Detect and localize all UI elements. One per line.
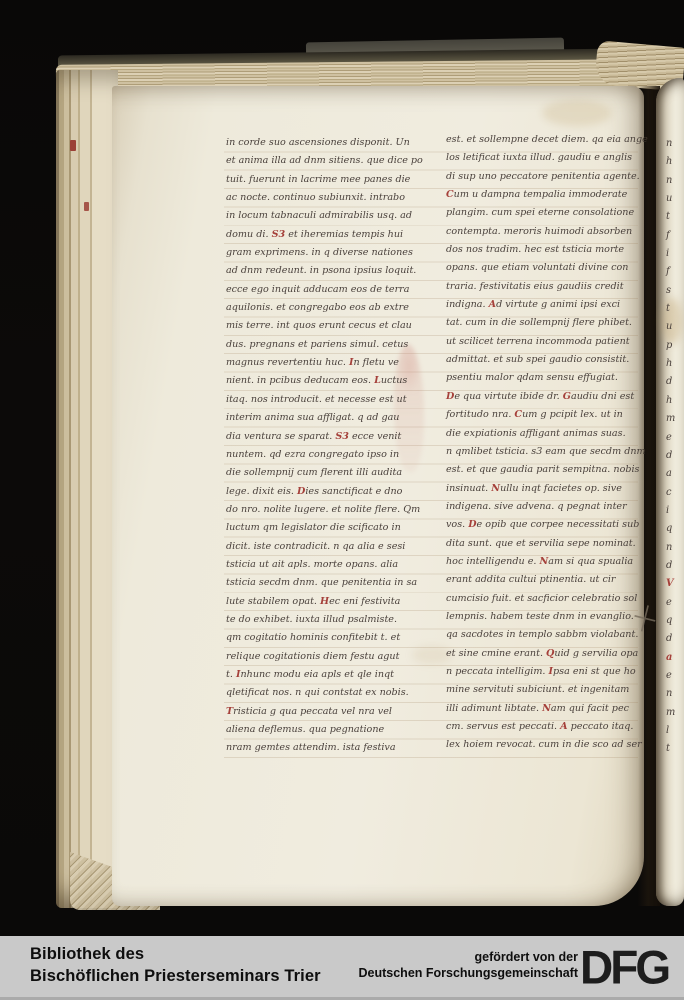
manuscript-text-line: vos. De opib que corpee necessitati sub: [446, 516, 650, 534]
manuscript-text-line: do nro. nolite lugere. et nolite flere. …: [226, 501, 430, 519]
verso-page: in corde suo ascensiones disponit. Unet …: [112, 86, 644, 906]
manuscript-text-line: dicit. iste contradicit. n qa alia e ses…: [226, 538, 430, 556]
manuscript-text-line: h: [666, 355, 684, 373]
manuscript-text-line: plangim. cum spei eterne consolatione: [446, 204, 650, 222]
manuscript-text-line: h: [666, 153, 684, 171]
funding-credit-line2: Deutschen Forschungsgemeinschaft: [359, 965, 579, 981]
manuscript-text-line: luctum qm legislator die scificato in: [226, 519, 430, 537]
manuscript-text-line: indigna. Ad virtute g animi ipsi exci: [446, 296, 650, 314]
manuscript-text-line: qletificat nos. n qui contstat ex nobis.: [226, 684, 430, 702]
manuscript-text-line: d: [666, 447, 684, 465]
manuscript-text-line: erant addita cultui ptinentia. ut cir: [446, 571, 650, 589]
manuscript-text-line: e: [666, 594, 684, 612]
manuscript-text-line: i: [666, 502, 684, 520]
manuscript-text-line: ut scilicet terrena incommoda patient: [446, 333, 650, 351]
manuscript-text-line: m: [666, 410, 684, 428]
manuscript-text-line: dus. pregnans et pariens simul. cetus: [226, 336, 430, 354]
manuscript-text-line: Cum u dampna tempalia immoderate: [446, 186, 650, 204]
manuscript-text-line: cumcisio fuit. et sacficior celebratio s…: [446, 590, 650, 608]
manuscript-text-line: die sollempnij cum flerent illi audita: [226, 464, 430, 482]
parchment-stain: [542, 100, 612, 126]
manuscript-text-line: est. et que gaudia parit sempitna. nobis: [446, 461, 650, 479]
manuscript-text-line: u: [666, 190, 684, 208]
manuscript-text-line: tuit. fuerunt in lacrime mee panes die: [226, 171, 430, 189]
manuscript-text-line: s: [666, 282, 684, 300]
library-name-line2: Bischöflichen Priesterseminars Trier: [30, 965, 321, 987]
manuscript-text-line: itaq. nos introducit. et necesse est ut: [226, 391, 430, 409]
manuscript-text-line: i: [666, 245, 684, 263]
manuscript-text-line: q: [666, 612, 684, 630]
manuscript-text-line: hoc intelligendu e. Nam si qua spualia: [446, 553, 650, 571]
manuscript-text-line: a: [666, 465, 684, 483]
manuscript-text-line: e: [666, 667, 684, 685]
manuscript-text-line: dia ventura se sparat. S3 ecce venit: [226, 428, 430, 446]
manuscript-text-line: lempnis. habem teste dnm in evanglio.: [446, 608, 650, 626]
footer-banner: Bibliothek des Bischöflichen Priestersem…: [0, 936, 684, 1000]
manuscript-text-line: lute stabilem opat. Hec eni festivita: [226, 593, 430, 611]
manuscript-text-line: l: [666, 722, 684, 740]
text-column-left: in corde suo ascensiones disponit. Unet …: [226, 134, 430, 758]
manuscript-text-line: m: [666, 704, 684, 722]
manuscript-text-line: aliena deflemus. qua pegnatione: [226, 721, 430, 739]
manuscript-text-line: nuntem. qd ezra congregato ipso in: [226, 446, 430, 464]
manuscript-text-line: admittat. et sub spei gaudio consistit.: [446, 351, 650, 369]
manuscript-text-line: n: [666, 685, 684, 703]
manuscript-text-line: q: [666, 520, 684, 538]
manuscript-text-line: tsticia ut ait apls. morte opans. alia: [226, 556, 430, 574]
manuscript-text-line: mis terre. int quos erunt cecus et clau: [226, 317, 430, 335]
manuscript-text-line: n qmlibet tsticia. s3 eam que secdm dnm: [446, 443, 650, 461]
manuscript-text-line: tat. cum in die sollempnij flere phibet.: [446, 314, 650, 332]
manuscript-text-line: f: [666, 227, 684, 245]
manuscript-text-line: los letificat iuxta illud. gaudiu e angl…: [446, 149, 650, 167]
manuscript-text-line: h: [666, 392, 684, 410]
page-edge-stack: [56, 70, 118, 908]
dfg-logo: DFG: [580, 939, 676, 994]
manuscript-text-line: in corde suo ascensiones disponit. Un: [226, 134, 430, 152]
manuscript-text-line: t: [666, 300, 684, 318]
manuscript-text-line: in locum tabnaculi admirabilis usq. ad: [226, 207, 430, 225]
manuscript-text-line: die expiationis affligant animas suas.: [446, 425, 650, 443]
edge-bookmark-mark: [70, 140, 76, 151]
manuscript-text-line: f: [666, 263, 684, 281]
manuscript-photo: in corde suo ascensiones disponit. Unet …: [0, 0, 684, 1000]
manuscript-text-line: t. Inhunc modu eia apls et qle inqt: [226, 666, 430, 684]
funding-credit-line1: gefördert von der: [359, 949, 579, 965]
manuscript-text-line: magnus revertentiu huc. In fletu ve: [226, 354, 430, 372]
manuscript-text-line: d: [666, 557, 684, 575]
manuscript-text-line: indigena. sive advena. q pegnat inter: [446, 498, 650, 516]
manuscript-text-line: dos nos tradim. hec est tsticia morte: [446, 241, 650, 259]
manuscript-text-line: qa sacdotes in templo sabbm violabant.: [446, 626, 650, 644]
manuscript-text-line: illi adimunt libtate. Nam qui facit pec: [446, 700, 650, 718]
manuscript-text-line: domu di. S3 et iheremias tempis hui: [226, 226, 430, 244]
manuscript-text-line: ecce ego inquit adducam eos de terra: [226, 281, 430, 299]
facing-page-text-fragments: nhnutfifstuphdhmedaciqndVeqdaenmlt: [666, 135, 684, 759]
facing-page-sliver: nhnutfifstuphdhmedaciqndVeqdaenmlt: [656, 78, 684, 906]
manuscript-text-line: et sine cmine erant. Quid g servilia opa: [446, 645, 650, 663]
manuscript-text-line: t: [666, 208, 684, 226]
funding-credit: gefördert von der Deutschen Forschungsge…: [359, 949, 579, 981]
manuscript-text-line: mine servituti subiciunt. et ingenitam: [446, 681, 650, 699]
manuscript-text-line: e: [666, 429, 684, 447]
manuscript-text-line: n: [666, 172, 684, 190]
manuscript-text-line: d: [666, 373, 684, 391]
manuscript-text-line: t: [666, 740, 684, 758]
manuscript-text-line: di sup uno peccatore penitentia agente.: [446, 168, 650, 186]
manuscript-text-line: insinuat. Nullu inqt facietes op. sive: [446, 480, 650, 498]
manuscript-text-line: n peccata intelligim. Ipsa eni st que ho: [446, 663, 650, 681]
manuscript-text-line: te do exhibet. iuxta illud psalmiste.: [226, 611, 430, 629]
manuscript-text-line: dita sunt. que et servilia sepe nominat.: [446, 535, 650, 553]
manuscript-text-line: Tristicia g qua peccata vel nra vel: [226, 703, 430, 721]
manuscript-text-line: traria. festivitatis eius gaudiis credit: [446, 278, 650, 296]
manuscript-text-line: V: [666, 575, 684, 593]
manuscript-text-line: a: [666, 649, 684, 667]
manuscript-text-line: lex hoiem revocat. cum in die sco ad ser: [446, 736, 650, 754]
manuscript-text-line: p: [666, 337, 684, 355]
library-name-line1: Bibliothek des: [30, 943, 321, 965]
manuscript-text-line: qm cogitatio hominis confitebit t. et: [226, 629, 430, 647]
manuscript-text-line: contempta. meroris huimodi absorben: [446, 223, 650, 241]
manuscript-text-line: cm. servus est peccati. A peccato itaq.: [446, 718, 650, 736]
edge-bookmark-mark: [84, 202, 89, 211]
manuscript-text-line: d: [666, 630, 684, 648]
manuscript-text-line: relique cogitationis diem festu agut: [226, 648, 430, 666]
manuscript-text-line: u: [666, 318, 684, 336]
manuscript-text-line: fortitudo nra. Cum g pcipit lex. ut in: [446, 406, 650, 424]
manuscript-text-line: interim anima sua affligat. q ad gau: [226, 409, 430, 427]
manuscript-text-line: n: [666, 135, 684, 153]
library-name: Bibliothek des Bischöflichen Priestersem…: [30, 943, 321, 987]
manuscript-text-line: nram gemtes attendim. ista festiva: [226, 739, 430, 757]
manuscript-text-line: ac nocte. continuo subiunxit. intrabo: [226, 189, 430, 207]
manuscript-text-line: c: [666, 484, 684, 502]
manuscript-text-line: psentiu malor qdam sensu effugiat.: [446, 369, 650, 387]
manuscript-text-line: De qua virtute ibide dr. Gaudiu dni est: [446, 388, 650, 406]
manuscript-text-line: lege. dixit eis. Dies sanctificat e dno: [226, 483, 430, 501]
manuscript-text-line: tsticia secdm dnm. que penitentia in sa: [226, 574, 430, 592]
manuscript-text-line: est. et sollempne decet diem. qa eia ang…: [446, 131, 650, 149]
manuscript-text-line: aquilonis. et congregabo eos ab extre: [226, 299, 430, 317]
manuscript-text-line: nient. in pcibus deducam eos. Luctus: [226, 372, 430, 390]
manuscript-text-line: et anima illa ad dnm sitiens. que dice p…: [226, 152, 430, 170]
text-column-right: est. et sollempne decet diem. qa eia ang…: [446, 131, 650, 755]
manuscript-text-line: ad dnm redeunt. in psona ipsius loquit.: [226, 262, 430, 280]
manuscript-text-line: gram exprimens. in q diverse nationes: [226, 244, 430, 262]
manuscript-text-line: opans. que etiam voluntati divine con: [446, 259, 650, 277]
manuscript-text-line: n: [666, 539, 684, 557]
